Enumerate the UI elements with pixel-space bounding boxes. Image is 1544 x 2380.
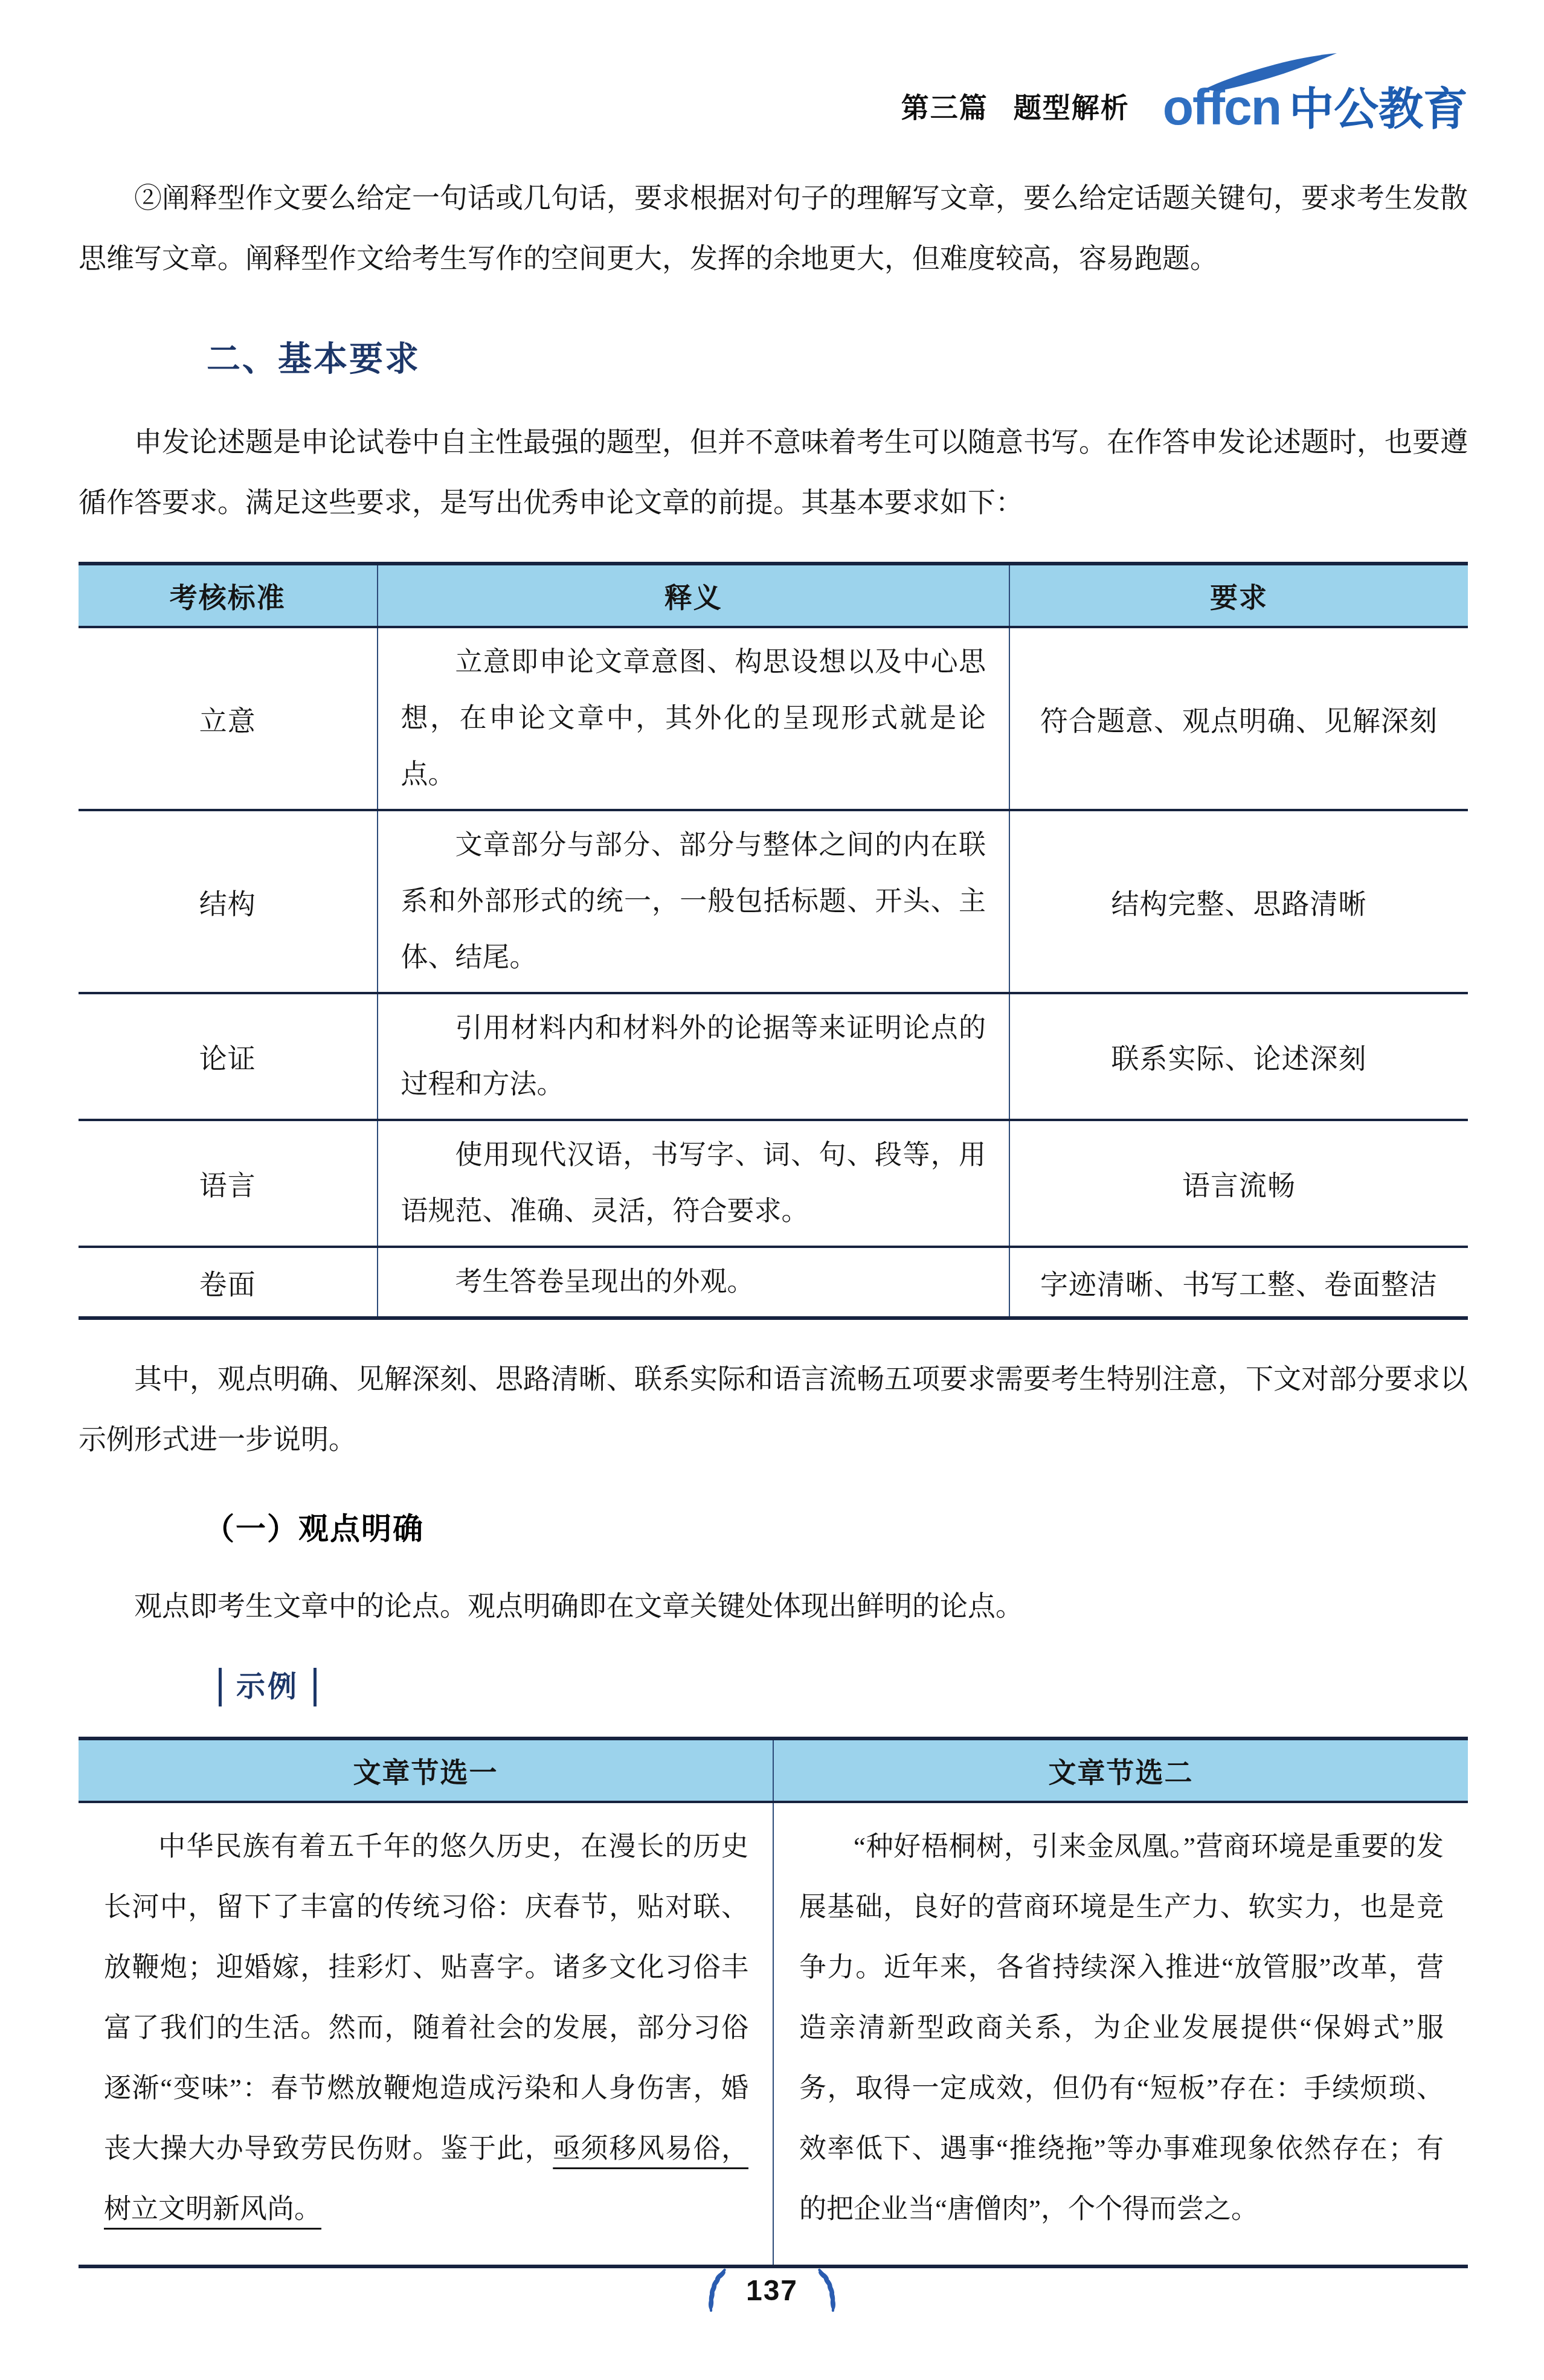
page-header: 第三篇 题型解析 offcn 中公教育 — [79, 0, 1468, 145]
requirements-table: 考核标准 释义 要求 立意 立意即申论文章意图、构思设想以及中心思想，在申论文章… — [79, 562, 1468, 1320]
header-excerpt-one: 文章节选一 — [79, 1738, 773, 1802]
requirement-cell: 结构完整、思路清晰 — [1009, 810, 1468, 993]
definition-text: 文章部分与部分、部分与整体之间的内在联系和外部形式的统一，一般包括标题、开头、主… — [401, 817, 986, 986]
header-requirement: 要求 — [1009, 564, 1468, 627]
page-number: 137 — [746, 2274, 798, 2308]
table-row: 卷面 考生答卷呈现出的外观。 字迹清晰、书写工整、卷面整洁 — [79, 1247, 1468, 1318]
intro-paragraph: ②阐释型作文要么给定一句话或几句话，要求根据对句子的理解写文章，要么给定话题关键… — [79, 168, 1468, 289]
table-row: 论证 引用材料内和材料外的论据等来证明论点的过程和方法。 联系实际、论述深刻 — [79, 993, 1468, 1120]
definition-text: 考生答卷呈现出的外观。 — [401, 1254, 986, 1310]
requirement-cell: 语言流畅 — [1009, 1120, 1468, 1247]
logo-swoosh-icon — [1200, 53, 1339, 92]
subsection-heading: （一）观点明确 — [204, 1505, 1468, 1548]
header-excerpt-two: 文章节选二 — [773, 1738, 1468, 1802]
requirements-table-header-row: 考核标准 释义 要求 — [79, 564, 1468, 627]
definition-cell: 立意即申论文章意图、构思设想以及中心思想，在申论文章中，其外化的呈现形式就是论点… — [378, 627, 1010, 810]
criterion-cell: 论证 — [79, 993, 378, 1120]
page-footer: 137 — [0, 2266, 1544, 2315]
definition-text: 使用现代汉语，书写字、词、句、段等，用语规范、准确、灵活，符合要求。 — [401, 1127, 986, 1240]
chapter-label: 第三篇 — [901, 86, 988, 126]
table-row: 立意 立意即申论文章意图、构思设想以及中心思想，在申论文章中，其外化的呈现形式就… — [79, 627, 1468, 810]
criterion-cell: 卷面 — [79, 1247, 378, 1318]
excerpt-one-cell: 中华民族有着五千年的悠久历史，在漫长的历史长河中，留下了丰富的传统习俗：庆春节，… — [79, 1802, 773, 2266]
definition-text: 立意即申论文章意图、构思设想以及中心思想，在申论文章中，其外化的呈现形式就是论点… — [401, 634, 986, 803]
example-table-body-row: 中华民族有着五千年的悠久历史，在漫长的历史长河中，留下了丰富的传统习俗：庆春节，… — [79, 1802, 1468, 2266]
running-head: 第三篇 题型解析 — [901, 86, 1130, 126]
excerpt-one-body: 中华民族有着五千年的悠久历史，在漫长的历史长河中，留下了丰富的传统习俗：庆春节，… — [104, 1832, 748, 2164]
table-row: 结构 文章部分与部分、部分与整体之间的内在联系和外部形式的统一，一般包括标题、开… — [79, 810, 1468, 993]
requirement-cell: 字迹清晰、书写工整、卷面整洁 — [1009, 1247, 1468, 1318]
requirement-cell: 联系实际、论述深刻 — [1009, 993, 1468, 1120]
offcn-logo: offcn 中公教育 — [1163, 74, 1468, 138]
definition-cell: 文章部分与部分、部分与整体之间的内在联系和外部形式的统一，一般包括标题、开头、主… — [378, 810, 1010, 993]
criterion-cell: 语言 — [79, 1120, 378, 1247]
excerpt-one-text: 中华民族有着五千年的悠久历史，在漫长的历史长河中，留下了丰富的传统习俗：庆春节，… — [104, 1816, 748, 2239]
excerpt-two-text: “种好梧桐树，引来金凤凰。”营商环境是重要的发展基础，良好的营商环境是生产力、软… — [799, 1816, 1444, 2239]
definition-cell: 考生答卷呈现出的外观。 — [378, 1247, 1010, 1318]
header-criterion: 考核标准 — [79, 564, 378, 627]
definition-text: 引用材料内和材料外的论据等来证明论点的过程和方法。 — [401, 1000, 986, 1113]
note-paragraph: 其中，观点明确、见解深刻、思路清晰、联系实际和语言流畅五项要求需要考生特别注意，… — [79, 1349, 1468, 1470]
section-heading: 二、基本要求 — [207, 332, 1468, 381]
table-row: 语言 使用现代汉语，书写字、词、句、段等，用语规范、准确、灵活，符合要求。 语言… — [79, 1120, 1468, 1247]
criterion-cell: 结构 — [79, 810, 378, 993]
example-table: 文章节选一 文章节选二 中华民族有着五千年的悠久历史，在漫长的历史长河中，留下了… — [79, 1737, 1468, 2268]
section-intro-paragraph: 申发论述题是申论试卷中自主性最强的题型，但并不意味着考生可以随意书写。在作答申发… — [79, 412, 1468, 533]
laurel-left-icon — [699, 2266, 730, 2315]
definition-cell: 引用材料内和材料外的论据等来证明论点的过程和方法。 — [378, 993, 1010, 1120]
requirement-cell: 符合题意、观点明确、见解深刻 — [1009, 627, 1468, 810]
definition-cell: 使用现代汉语，书写字、词、句、段等，用语规范、准确、灵活，符合要求。 — [378, 1120, 1010, 1247]
book-page: 第三篇 题型解析 offcn 中公教育 ②阐释型作文要么给定一句话或几句话，要求… — [0, 0, 1544, 2380]
example-table-header-row: 文章节选一 文章节选二 — [79, 1738, 1468, 1802]
section-label: 题型解析 — [1014, 86, 1130, 126]
example-label: 示例 — [219, 1668, 317, 1706]
excerpt-two-cell: “种好梧桐树，引来金凤凰。”营商环境是重要的发展基础，良好的营商环境是生产力、软… — [773, 1802, 1468, 2266]
subsection-intro-paragraph: 观点即考生文章中的论点。观点明确即在文章关键处体现出鲜明的论点。 — [79, 1576, 1468, 1636]
criterion-cell: 立意 — [79, 627, 378, 810]
header-definition: 释义 — [378, 564, 1010, 627]
laurel-right-icon — [814, 2266, 845, 2315]
